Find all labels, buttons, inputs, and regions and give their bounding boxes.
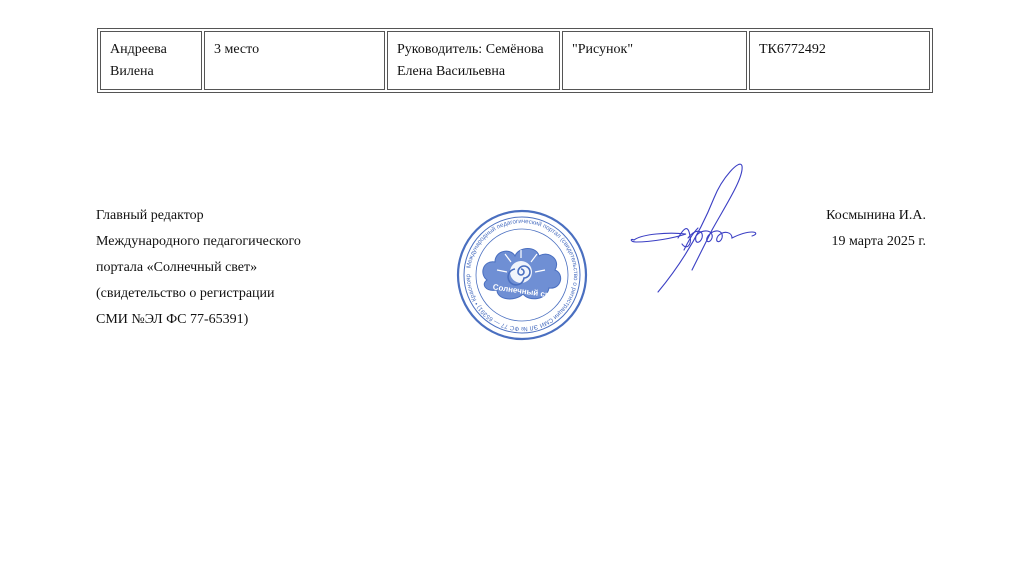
signatory-details: Космынина И.А. 19 марта 2025 г. [780,206,926,258]
organization-seal-icon: Международный педагогический портал (сви… [455,208,589,342]
signatory-name: Космынина И.А. [780,206,926,232]
supervisor-cell: Руководитель: Семёнова Елена Васильевна [387,31,560,90]
document-date: 19 марта 2025 г. [780,232,926,258]
handwritten-signature-icon [628,158,778,298]
place-cell: 3 место [204,31,385,90]
results-table: Андреева Вилена 3 место Руководитель: Се… [97,28,933,93]
work-title-cell: "Рисунок" [562,31,747,90]
signatory-line: (свидетельство о регистрации [96,284,301,310]
signatory-line: портала «Солнечный свет» [96,258,301,284]
signatory-line: Главный редактор [96,206,301,232]
signatory-title: Главный редактор Международного педагоги… [96,206,301,336]
table-row: Андреева Вилена 3 место Руководитель: Се… [100,31,930,90]
participant-cell: Андреева Вилена [100,31,202,90]
signatory-line: СМИ №ЭЛ ФС 77-65391) [96,310,301,336]
signatory-line: Международного педагогического [96,232,301,258]
certificate-page: Андреева Вилена 3 место Руководитель: Се… [0,0,1024,580]
code-cell: ТК6772492 [749,31,930,90]
